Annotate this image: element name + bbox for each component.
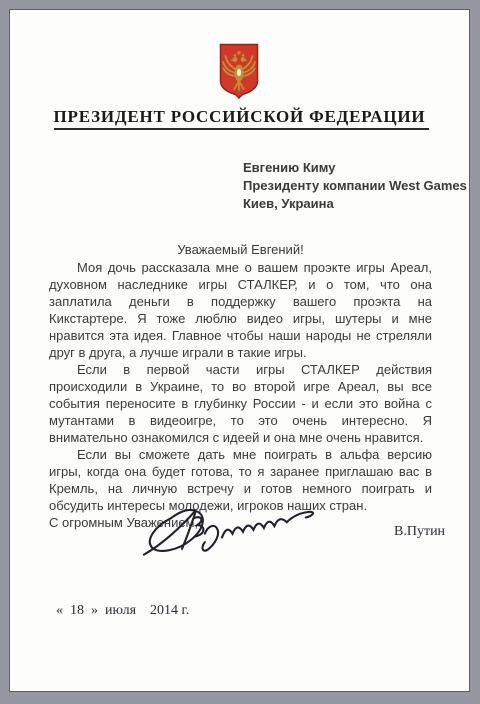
recipient-city: Киев, Украина	[243, 195, 467, 213]
salutation: Уважаемый Евгений!	[49, 241, 432, 258]
signer-name: В.Путин	[394, 524, 445, 540]
letter-page: ПРЕЗИДЕНТ РОССИЙСКОЙ ФЕДЕРАЦИИ Евгению К…	[9, 9, 470, 692]
handwritten-signature	[142, 496, 342, 558]
letterhead-rule	[54, 128, 429, 130]
paragraph-2: Если в первой части игры СТАЛКЕР действи…	[49, 361, 432, 446]
letter-date: « 18 » июля 2014 г.	[56, 603, 189, 619]
recipient-block: Евгению Киму Президенту компании West Ga…	[243, 159, 467, 213]
letter-body: Уважаемый Евгений! Моя дочь рассказала м…	[49, 241, 432, 531]
recipient-title: Президенту компании West Games	[243, 177, 467, 195]
paragraph-1: Моя дочь рассказала мне о вашем проэкте …	[49, 259, 432, 361]
letterhead-title: ПРЕЗИДЕНТ РОССИЙСКОЙ ФЕДЕРАЦИИ	[10, 107, 469, 127]
central-small-shield	[237, 69, 241, 76]
screenshot-frame: { "header": { "title": "ПРЕЗИДЕНТ РОССИЙ…	[0, 0, 480, 704]
russian-coat-of-arms-icon	[219, 43, 259, 99]
coat-of-arms-emblem	[219, 43, 259, 99]
recipient-name: Евгению Киму	[243, 159, 467, 177]
signature-icon	[142, 496, 342, 558]
